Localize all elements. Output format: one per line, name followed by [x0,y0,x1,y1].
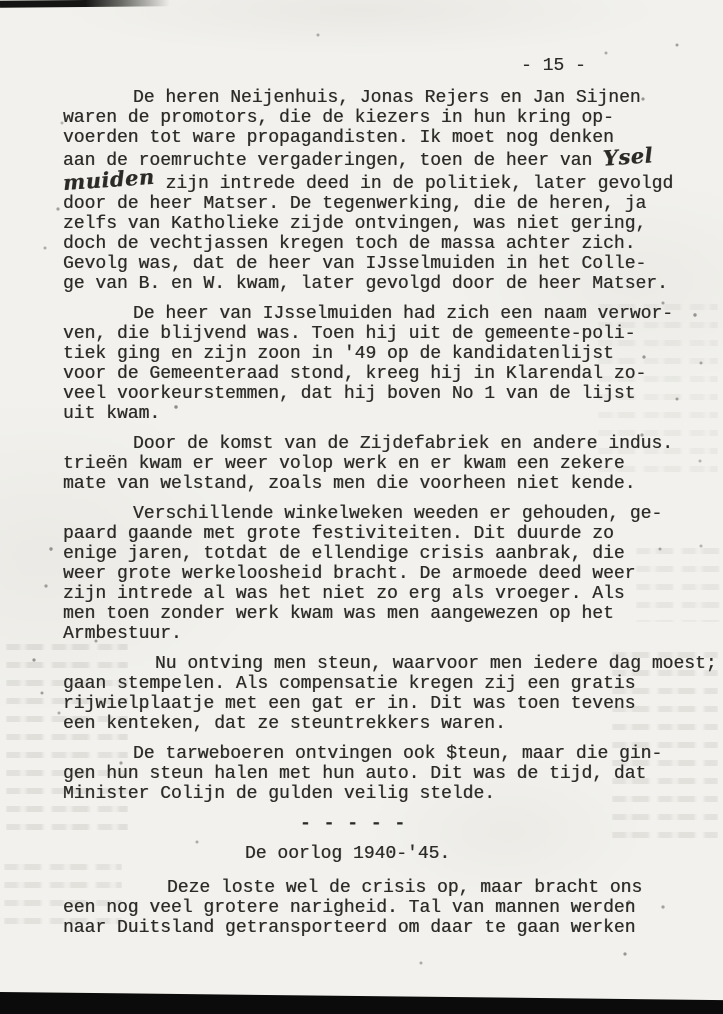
text-line: mate van welstand, zoals men die voorhee… [63,474,708,494]
text-line: doch de vechtjassen kregen toch de massa… [63,234,708,254]
text-block-top: De heren Neijenhuis, Jonas Rejers en Jan… [63,88,708,804]
bottom-edge-scan-artifact [0,985,723,1014]
text-line: uit kwam. [63,404,708,424]
text-line: enige jaren, totdat de ellendige crisis … [63,544,708,564]
text-line: rijwielplaatje met een gat er in. Dit wa… [63,694,708,714]
text-line: tiek ging en zijn zoon in '49 op de kand… [63,344,708,364]
text-line: De heren Neijenhuis, Jonas Rejers en Jan… [63,88,708,108]
text-line: De heer van IJsselmuiden had zich een na… [63,304,708,324]
text-block-bottom: Deze loste wel de crisis op, maar bracht… [63,878,708,938]
text-line: Verschillende winkelweken weeden er geho… [63,504,708,524]
text-line: De tarweboeren ontvingen ook $teun, maar… [63,744,708,764]
page-number: - 15 - [521,56,586,76]
text-line: Gevolg was, dat de heer van IJsselmuiden… [63,254,708,274]
text-line: trieën kwam er weer volop werk en er kwa… [63,454,708,474]
text-line: veel voorkeurstemmen, dat hij boven No 1… [63,384,708,404]
text-line: paard gaande met grote festiviteiten. Di… [63,524,708,544]
paragraph: De tarweboeren ontvingen ook $teun, maar… [63,744,708,804]
text-line: gen hun steun halen met hun auto. Dit wa… [63,764,708,784]
paragraph: Door de komst van de Zijdefabriek en and… [63,434,708,494]
text-line: Armbestuur. [63,624,708,644]
document-text: De heren Neijenhuis, Jonas Rejers en Jan… [63,88,708,948]
text-line: waren de promotors, die de kiezers in hu… [63,108,708,128]
text-line: zijn intrede al was het niet zo erg als … [63,584,708,604]
text-line: aan de roemruchte vergaderingen, toen de… [63,148,708,171]
paragraph: De heer van IJsselmuiden had zich een na… [63,304,708,424]
text-line: naar Duitsland getransporteerd om daar t… [63,918,708,938]
typed-text: zijn intrede deed in de politiek, later … [155,174,673,194]
text-line: weer grote werkeloosheid bracht. De armo… [63,564,708,584]
text-line: men toen zonder werk kwam was men aangew… [63,604,708,624]
text-line: door de heer Matser. De tegenwerking, di… [63,194,708,214]
text-line: Deze loste wel de crisis op, maar bracht… [63,878,708,898]
paragraph: Verschillende winkelweken weeden er geho… [63,504,708,644]
text-line: muiden zijn intrede deed in de politiek,… [63,171,708,194]
text-line: Minister Colijn de gulden veilig stelde. [63,784,708,804]
text-line: voor de Gemeenteraad stond, kreeg hij in… [63,364,708,384]
handwritten-word: muiden [62,167,155,193]
handwritten-word: Ysel [602,145,653,168]
text-line: ge van B. en W. kwam, later gevolgd door… [63,274,708,294]
paragraph: Nu ontving men steun, waarvoor men ieder… [63,654,708,734]
section-heading: De oorlog 1940-'45. [245,844,708,864]
text-line: een kenteken, dat ze steuntrekkers waren… [63,714,708,734]
paragraph: De heren Neijenhuis, Jonas Rejers en Jan… [63,88,708,294]
text-line: een nog veel grotere narigheid. Tal van … [63,898,708,918]
text-line: gaan stempelen. Als compensatie kregen z… [63,674,708,694]
paragraph: Deze loste wel de crisis op, maar bracht… [63,878,708,938]
text-line: zelfs van Katholieke zijde ontvingen, wa… [63,214,708,234]
top-edge-scan-artifact [0,0,170,8]
scanned-page: - 15 - De heren Neijenhuis, Jonas Rejers… [0,0,723,1014]
separator-dashes: - - - - - [300,814,708,834]
text-line: Nu ontving men steun, waarvoor men ieder… [63,654,708,674]
text-line: Door de komst van de Zijdefabriek en and… [63,434,708,454]
text-line: ven, die blijvend was. Toen hij uit de g… [63,324,708,344]
